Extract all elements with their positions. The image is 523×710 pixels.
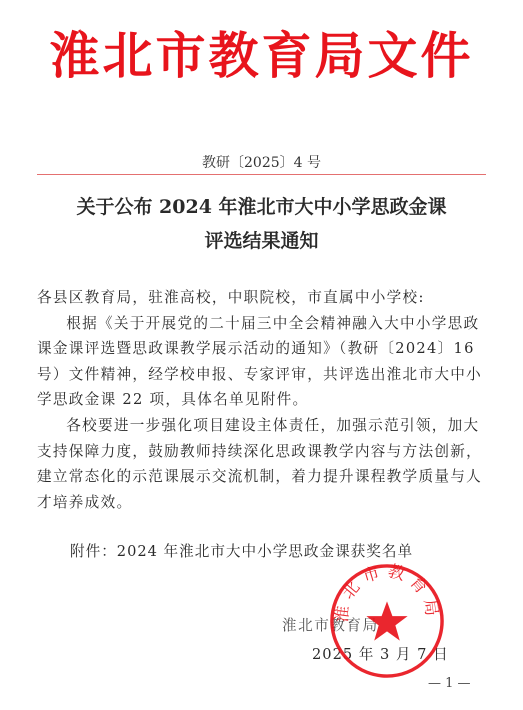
paragraph-2: 各校要进一步强化项目建设主体责任，加强示范引领，加大支持保障力度，鼓励教师持续深… — [37, 413, 487, 515]
attachment-line: 附件：2024 年淮北市大中小学思政金课获奖名单 — [70, 540, 413, 561]
notice-title-line1: 关于公布 2024 年淮北市大中小学思政金课 — [0, 190, 523, 224]
salutation: 各县区教育局，驻淮高校，中职院校，市直属中小学校: — [37, 285, 487, 311]
document-body: 各县区教育局，驻淮高校，中职院校，市直属中小学校: 根据《关于开展党的二十届三中… — [37, 285, 487, 515]
document-number: 教研〔2025〕4 号 — [0, 152, 523, 172]
official-seal-icon: 淮北市教育局 — [328, 562, 446, 680]
paragraph-1: 根据《关于开展党的二十届三中全会精神融入大中小学思政课金课评选暨思政课教学展示活… — [37, 311, 487, 413]
page-number: — 1 — — [428, 676, 471, 691]
header-divider — [37, 174, 486, 175]
notice-title: 关于公布 2024 年淮北市大中小学思政金课 评选结果通知 — [0, 190, 523, 258]
document-header-title: 淮北市教育局文件 — [0, 28, 523, 84]
notice-title-line2: 评选结果通知 — [0, 224, 523, 258]
